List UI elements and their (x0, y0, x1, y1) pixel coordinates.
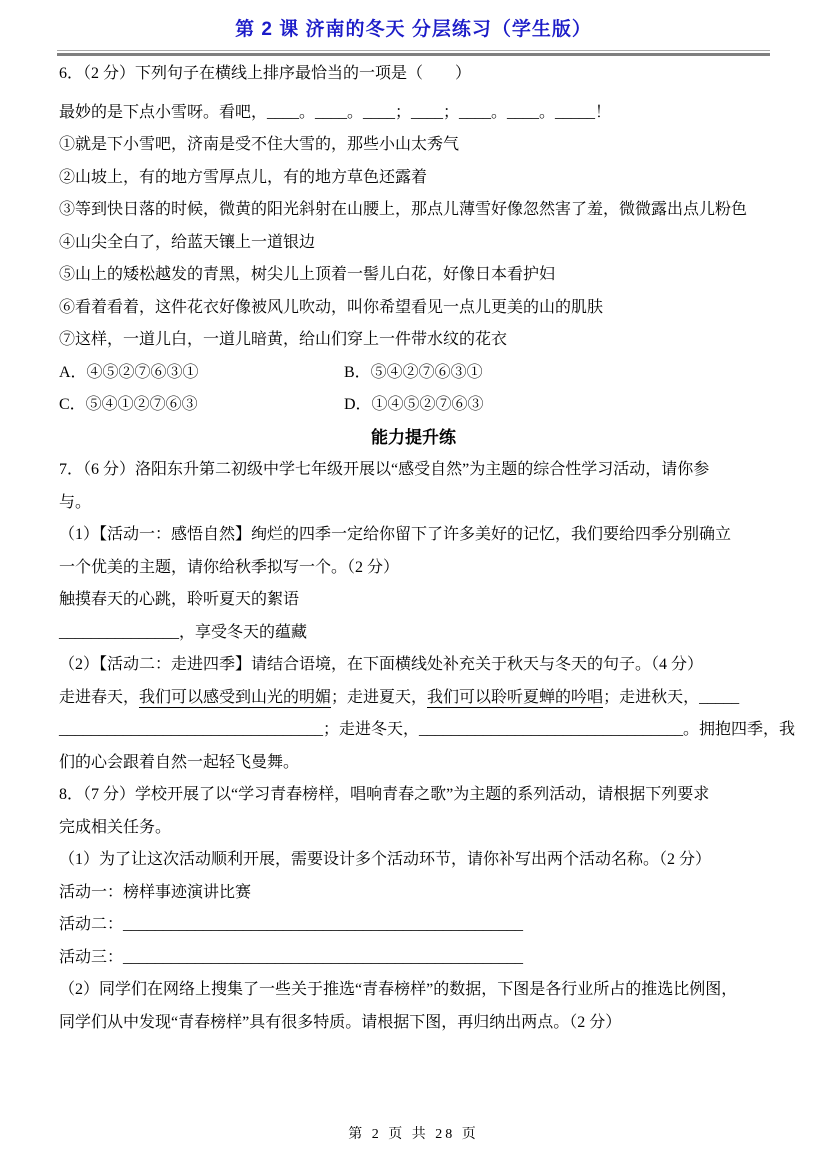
q6-item-6: ⑥看着看着，这件花衣好像被风儿吹动，叫你希望看见一点儿更美的山的肌肤 (59, 292, 768, 325)
line2-tail: 。拥抱四季，我 (683, 721, 795, 738)
q8-stem-line-1: 8．（7 分）学校开展了以“学习青春榜样，唱响青春之歌”为主题的系列活动，请根据… (59, 779, 768, 812)
q6-item-4: ④山尖全白了，给蓝天镶上一道银边 (59, 227, 768, 260)
activity-3-label: 活动三： (59, 949, 123, 966)
q6-options: A．④⑤②⑦⑥③① B．⑤④②⑦⑥③① C．⑤④①②⑦⑥③ D．①④⑤②⑦⑥③ (59, 357, 768, 422)
q6-item-3: ③等到快日落的时候，微黄的阳光斜射在山腰上，那点儿薄雪好像忽然害了羞，微微露出点… (59, 194, 768, 227)
activity-2-label: 活动二： (59, 916, 123, 933)
spring-underlined-phrase: 我们可以感受到山光的明媚 (139, 689, 331, 708)
q8-part-2: （2）同学们在网络上搜集了一些关于推选“青春榜样”的数据，下图是各行业所占的推选… (59, 974, 768, 1039)
worksheet-content: 6．（2 分）下列句子在横线上排序最恰当的一项是（ ） 最妙的是下点小雪呀。看吧… (59, 58, 768, 1039)
q6-item-1: ①就是下小雪吧，济南是受不住大雪的，那些小山太秀气 (59, 129, 768, 162)
autumn-blank-start: _____ (699, 689, 739, 706)
question-6: 6．（2 分）下列句子在横线上排序最恰当的一项是（ ） 最妙的是下点小雪呀。看吧… (59, 58, 768, 422)
q6-lead-sentence: 最妙的是下点小雪呀。看吧，____。____。____；____；____。__… (59, 97, 768, 130)
q7-part2-prompt: （2）【活动二：走进四季】请结合语境，在下面横线处补充关于秋天与冬天的句子。（4… (59, 649, 768, 682)
summer-prefix: ；走进夏天， (331, 689, 427, 706)
option-c: C．⑤④①②⑦⑥③ (59, 389, 344, 422)
worksheet-page: 第 2 课 济南的冬天 分层练习（学生版） 6．（2 分）下列句子在横线上排序最… (0, 0, 827, 1169)
question-7: 7．（6 分）洛阳东升第二初级中学七年级开展以“感受自然”为主题的综合性学习活动… (59, 454, 768, 779)
header-rule (57, 50, 770, 56)
q7-part2-line-3: 们的心会跟着自然一起轻飞曼舞。 (59, 747, 768, 780)
activity-2-blank-line: ________________________________________… (123, 916, 523, 933)
summer-underlined-phrase: 我们可以聆听夏蝉的吟唱 (427, 689, 603, 708)
spring-prefix: 走进春天， (59, 689, 139, 706)
autumn-blank-continuation: _________________________________ (59, 721, 323, 738)
winter-prefix: ；走进冬天， (323, 721, 419, 738)
q8-activity-2: 活动二：____________________________________… (59, 909, 768, 942)
q7-autumn-blank-line: _______________ (59, 624, 179, 641)
q6-item-5: ⑤山上的矮松越发的青黑，树尖儿上顶着一髻儿白花，好像日本看护妇 (59, 259, 768, 292)
q7-stem-line-2: 与。 (59, 487, 768, 520)
q6-item-2: ②山坡上，有的地方雪厚点儿，有的地方草色还露着 (59, 162, 768, 195)
q8-part2-prompt-line-1: （2）同学们在网络上搜集了一些关于推选“青春榜样”的数据，下图是各行业所占的推选… (59, 974, 768, 1007)
q7-stem-line-1: 7．（6 分）洛阳东升第二初级中学七年级开展以“感受自然”为主题的综合性学习活动… (59, 454, 768, 487)
q6-stem: 6．（2 分）下列句子在横线上排序最恰当的一项是（ ） (59, 58, 768, 91)
q8-part2-prompt-line-2: 同学们从中发现“青春榜样”具有很多特质。请根据下图，再归纳出两点。（2 分） (59, 1007, 768, 1040)
q8-activity-3: 活动三：____________________________________… (59, 942, 768, 975)
q7-part1-prompt-line-1: （1）【活动一：感悟自然】绚烂的四季一定给你留下了许多美好的记忆，我们要给四季分… (59, 519, 768, 552)
q7-part1-prompt-line-2: 一个优美的主题，请你给秋季拟写一个。（2 分） (59, 552, 768, 585)
q7-part2-line-1: 走进春天，我们可以感受到山光的明媚；走进夏天，我们可以聆听夏蝉的吟唱；走进秋天，… (59, 682, 768, 715)
q7-part1-answer-line: _______________，享受冬天的蕴藏 (59, 617, 768, 650)
q7-part2-line-2: _________________________________；走进冬天，_… (59, 714, 768, 747)
section-heading: 能力提升练 (59, 422, 768, 455)
question-8: 8．（7 分）学校开展了以“学习青春榜样，唱响青春之歌”为主题的系列活动，请根据… (59, 779, 768, 1039)
q7-part-2: （2）【活动二：走进四季】请结合语境，在下面横线处补充关于秋天与冬天的句子。（4… (59, 649, 768, 779)
q7-winter-phrase: ，享受冬天的蕴藏 (179, 624, 307, 641)
page-number-label: 第 2 页 共 28 页 (348, 1127, 479, 1142)
activity-3-blank-line: ________________________________________… (123, 949, 523, 966)
q8-stem-line-2: 完成相关任务。 (59, 812, 768, 845)
q8-part1-prompt: （1）为了让这次活动顺利开展，需要设计多个活动环节，请你补写出两个活动名称。（2… (59, 844, 768, 877)
autumn-prefix: ；走进秋天， (603, 689, 699, 706)
q7-part1-theme-line: 触摸春天的心跳，聆听夏天的絮语 (59, 584, 768, 617)
q6-item-7: ⑦这样，一道儿白，一道儿暗黄，给山们穿上一件带水纹的花衣 (59, 324, 768, 357)
page-footer: 第 2 页 共 28 页 (0, 1123, 827, 1143)
option-d: D．①④⑤②⑦⑥③ (344, 389, 768, 422)
q7-part-1: （1）【活动一：感悟自然】绚烂的四季一定给你留下了许多美好的记忆，我们要给四季分… (59, 519, 768, 649)
option-b: B．⑤④②⑦⑥③① (344, 357, 768, 390)
page-title: 第 2 课 济南的冬天 分层练习（学生版） (235, 17, 592, 43)
q8-part-1: （1）为了让这次活动顺利开展，需要设计多个活动环节，请你补写出两个活动名称。（2… (59, 844, 768, 974)
q8-activity-1: 活动一：榜样事迹演讲比赛 (59, 877, 768, 910)
option-a: A．④⑤②⑦⑥③① (59, 357, 344, 390)
page-header: 第 2 课 济南的冬天 分层练习（学生版） (0, 0, 827, 56)
winter-blank: _________________________________ (419, 721, 683, 738)
